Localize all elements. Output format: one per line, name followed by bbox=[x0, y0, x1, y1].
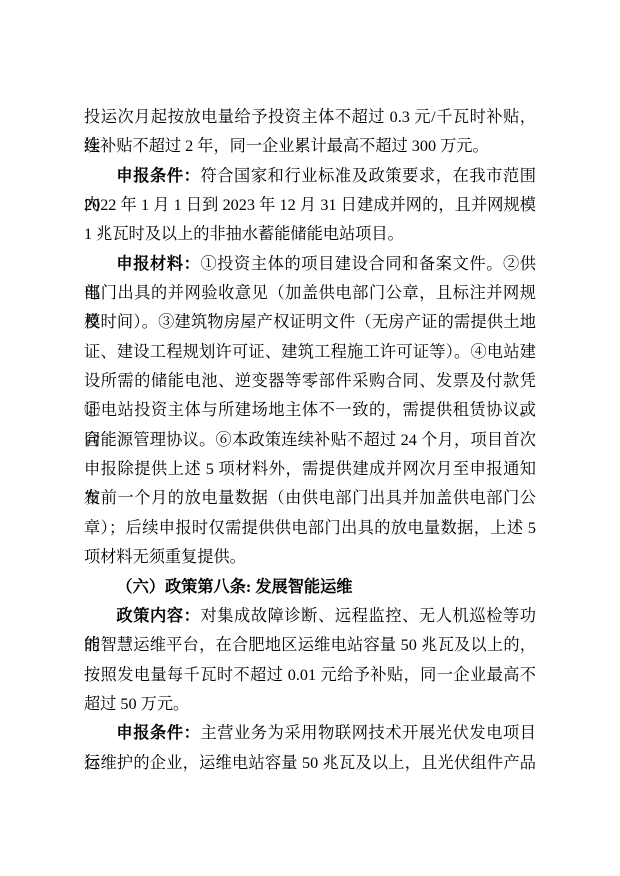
line-text: 项材料无须重复提供。 bbox=[84, 548, 246, 566]
text-line: （六）政策第八条: 发展智能运维 bbox=[84, 573, 536, 602]
line-text: 证、建设工程规划许可证、建筑工程施工许可证等）。④电站建 bbox=[84, 343, 536, 361]
line-bold-label: 申报材料： bbox=[116, 255, 200, 273]
document-page: 投运次月起按放电量给予投资主体不超过 0.3 元/千瓦时补贴，连 续补贴不超过 … bbox=[0, 0, 620, 876]
line-text: 同能源管理协议。⑥本政策连续补贴不超过 24 个月，项目首次 bbox=[84, 431, 536, 449]
text-line: 项材料无须重复提供。 bbox=[84, 543, 536, 572]
text-line: 按照发电量每千瓦时不超过 0.01 元给予补贴，同一企业最高不 bbox=[84, 661, 536, 690]
text-line: 设所需的储能电池、逆变器等零部件采购合同、发票及付款凭证。 bbox=[84, 367, 536, 396]
line-text: 及时间）。③建筑物房屋产权证明文件（无房产证的需提供土地 bbox=[84, 313, 536, 331]
line-text: （六）政策第八条: 发展智能运维 bbox=[116, 578, 352, 596]
text-line: ⑤电站投资主体与所建场地主体不一致的，需提供租赁协议或合 bbox=[84, 396, 536, 425]
text-line: 超过 50 万元。 bbox=[84, 690, 536, 719]
line-bold-label: 申报条件： bbox=[116, 167, 200, 185]
line-text: 布前一个月的放电量数据（由供电部门出具并加盖供电部门公 bbox=[84, 489, 536, 507]
text-line: 2022 年 1 月 1 日到 2023 年 12 月 31 日建成并网的，且并… bbox=[84, 191, 536, 220]
text-line: 申报条件：符合国家和行业标准及政策要求，在我市范围内 bbox=[84, 162, 536, 191]
text-line: 投运次月起按放电量给予投资主体不超过 0.3 元/千瓦时补贴，连 bbox=[84, 103, 536, 132]
text-line: 及时间）。③建筑物房屋产权证明文件（无房产证的需提供土地 bbox=[84, 308, 536, 337]
text-line: 证、建设工程规划许可证、建筑工程施工许可证等）。④电站建 bbox=[84, 338, 536, 367]
line-text: 2022 年 1 月 1 日到 2023 年 12 月 31 日建成并网的，且并… bbox=[84, 196, 536, 214]
text-line: 章）；后续申报时仅需提供供电部门出具的放电量数据，上述 5 bbox=[84, 514, 536, 543]
text-line: 申报除提供上述 5 项材料外，需提供建成并网次月至申报通知发 bbox=[84, 455, 536, 484]
line-bold-label: 政策内容： bbox=[116, 607, 200, 625]
line-text: 续补贴不超过 2 年，同一企业累计最高不超过 300 万元。 bbox=[84, 137, 489, 155]
line-text: 按照发电量每千瓦时不超过 0.01 元给予补贴，同一企业最高不 bbox=[84, 666, 536, 684]
text-line: 1 兆瓦时及以上的非抽水蓄能储能电站项目。 bbox=[84, 220, 536, 249]
text-line: 政策内容：对集成故障诊断、远程监控、无人机巡检等功能 bbox=[84, 602, 536, 631]
line-text: 的智慧运维平台，在合肥地区运维电站容量 50 兆瓦及以上的， bbox=[84, 636, 536, 654]
text-line: 同能源管理协议。⑥本政策连续补贴不超过 24 个月，项目首次 bbox=[84, 426, 536, 455]
line-text: 1 兆瓦时及以上的非抽水蓄能储能电站项目。 bbox=[84, 225, 404, 243]
text-line: 申报条件：主营业务为采用物联网技术开展光伏发电项目运 bbox=[84, 719, 536, 748]
line-bold-label: 申报条件： bbox=[116, 724, 200, 742]
document-text-block: 投运次月起按放电量给予投资主体不超过 0.3 元/千瓦时补贴，连 续补贴不超过 … bbox=[84, 103, 536, 778]
line-text: 章）；后续申报时仅需提供供电部门出具的放电量数据，上述 5 bbox=[84, 519, 536, 537]
text-line: 布前一个月的放电量数据（由供电部门出具并加盖供电部门公 bbox=[84, 484, 536, 513]
text-line: 的智慧运维平台，在合肥地区运维电站容量 50 兆瓦及以上的， bbox=[84, 631, 536, 660]
line-text: 超过 50 万元。 bbox=[84, 695, 189, 713]
line-text: 行维护的企业，运维电站容量 50 兆瓦及以上，且光伏组件产品 bbox=[84, 754, 536, 772]
text-line: 续补贴不超过 2 年，同一企业累计最高不超过 300 万元。 bbox=[84, 132, 536, 161]
text-line: 行维护的企业，运维电站容量 50 兆瓦及以上，且光伏组件产品 bbox=[84, 749, 536, 778]
text-line: 部门出具的并网验收意见（加盖供电部门公章，且标注并网规模 bbox=[84, 279, 536, 308]
text-line: 申报材料：①投资主体的项目建设合同和备案文件。②供电 bbox=[84, 250, 536, 279]
